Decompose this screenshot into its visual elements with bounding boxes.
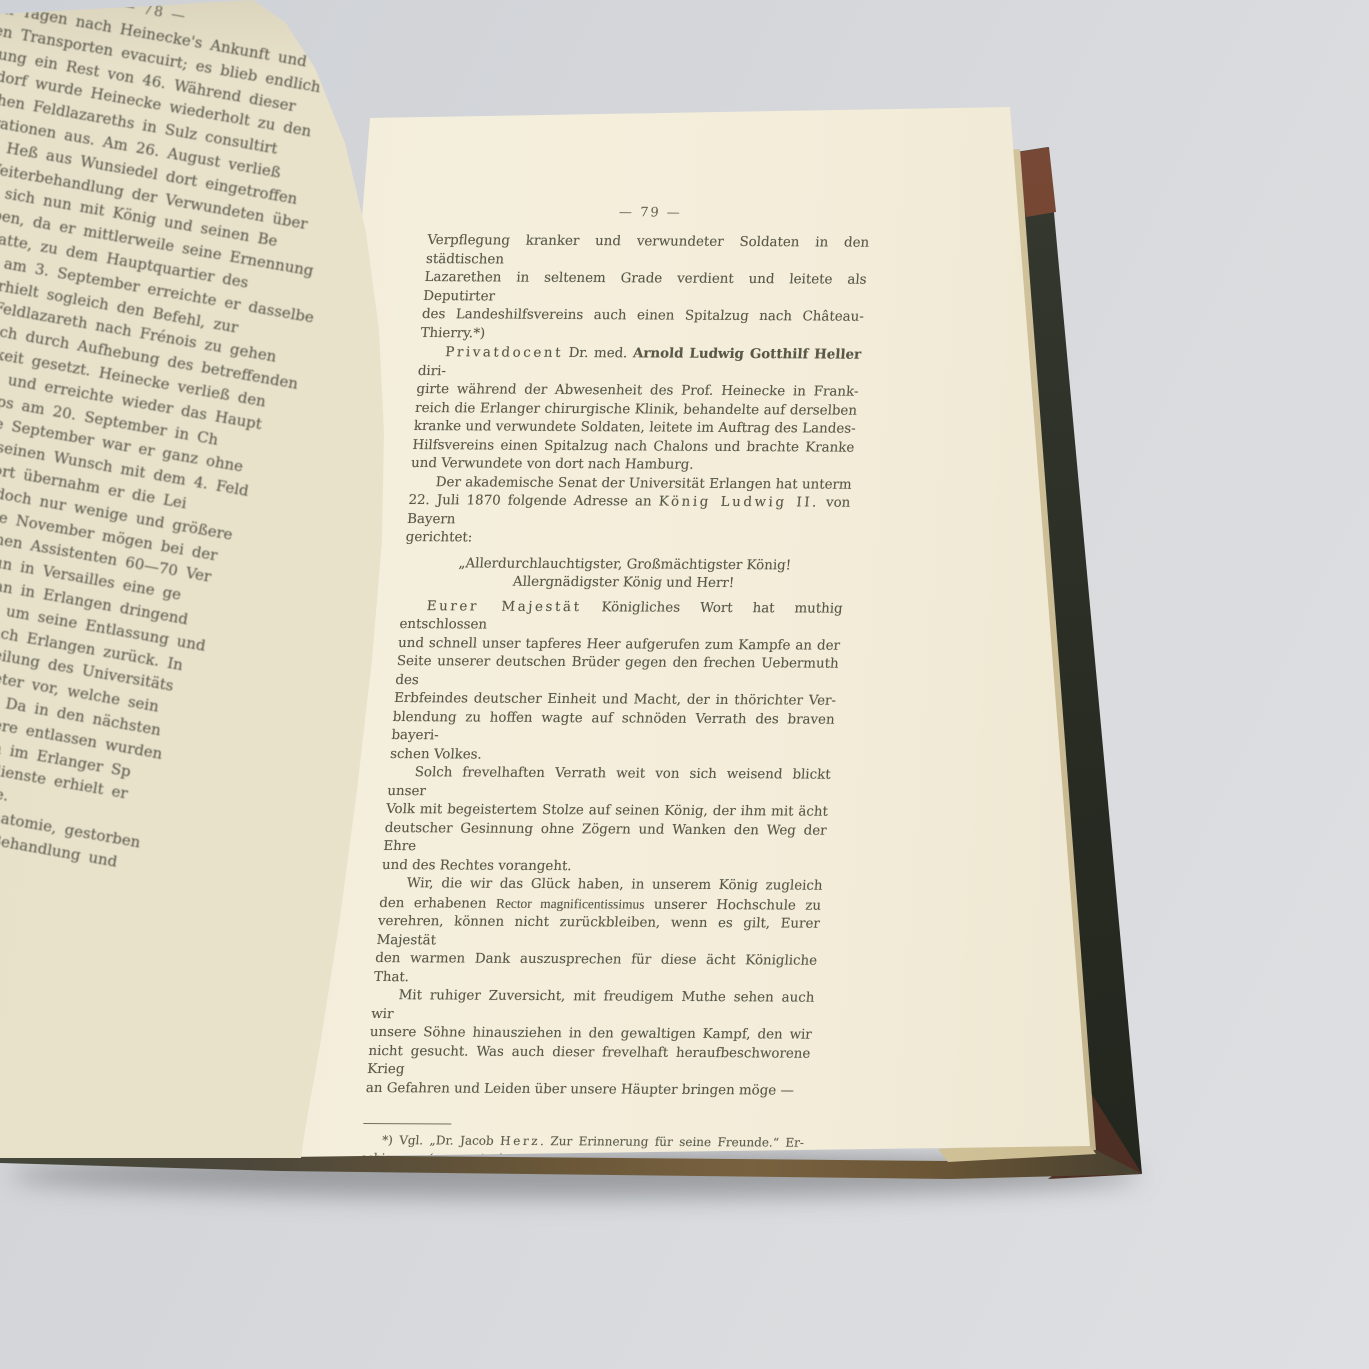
text-segment: und schnell unser tapferes Heer aufgeruf…	[398, 635, 841, 653]
text-segment: an Gefahren und Leiden über unsere Häupt…	[365, 1080, 794, 1098]
text-segment: König Ludwig II.	[658, 495, 819, 511]
text-segment: gerichtet:	[405, 530, 473, 545]
text-segment: . Zur Erinnerung für seine Freunde.“ Er-	[540, 1134, 805, 1150]
text-line: Volk mit begeistertem Stolze auf seinen …	[385, 801, 828, 822]
paragraph: Verpflegung kranker und verwundeter Sold…	[420, 232, 870, 346]
text-segment: Wir, die wir das Glück haben, in unserem…	[406, 876, 823, 894]
text-segment: 22. Juli 1870 folgende Adresse an	[408, 493, 659, 510]
text-segment: unserer Hochschule zu	[644, 897, 822, 913]
text-line: Erbfeindes deutscher Einheit und Macht, …	[393, 690, 836, 711]
text-line: gerichtet:	[405, 529, 848, 550]
text-segment: Verpflegung kranker und verwundeter Sold…	[425, 233, 869, 267]
footnote-rule	[363, 1123, 451, 1125]
text-segment: kranke und verwundete Soldaten, leitete …	[413, 419, 856, 437]
text-line: den warmen Dank auszusprechen für diese …	[373, 950, 817, 990]
text-line: Mit ruhiger Zuversicht, mit freudigem Mu…	[371, 987, 815, 1027]
text-segment: girte während der Abwesenheit des Prof. …	[416, 382, 859, 400]
text-segment: Eurer Majestät	[426, 599, 582, 615]
text-line: Privatdocent Dr. med. Arnold Ludwig Gott…	[417, 343, 862, 384]
text-segment: Thierry.*)	[420, 325, 486, 340]
text-segment: Mit ruhiger Zuversicht, mit freudigem Mu…	[371, 988, 815, 1021]
text-segment: Herz	[500, 1134, 541, 1148]
text-line: Seite unserer deutschen Brüder gegen den…	[395, 653, 839, 693]
text-segment: den warmen Dank auszusprechen für diese …	[373, 951, 817, 985]
paragraph: Wir, die wir das Glück haben, in unserem…	[373, 875, 823, 990]
text-line: Eurer Majestät Königliches Wort hat muth…	[399, 597, 843, 637]
text-segment: deutscher Gesinnung ohne Zögern und Wank…	[383, 820, 827, 854]
text-segment: Solch frevelhaften Verrath weit von sich…	[387, 765, 831, 799]
text-segment: unsere Söhne hinausziehen in den gewalti…	[369, 1025, 812, 1043]
text-line: des Landeshilfsvereins auch einen Spital…	[421, 306, 864, 327]
text-line: nicht gesucht. Was auch dieser frevelhaf…	[367, 1042, 811, 1082]
text-line: Allergnädigster König und Herr!	[402, 573, 845, 594]
text-line: deutscher Gesinnung ohne Zögern und Wank…	[383, 819, 827, 859]
book-photo-scene: — 79 — Verpflegung kranker und verwundet…	[0, 0, 1369, 1369]
text-segment: Der akademische Senat der Universität Er…	[435, 475, 852, 493]
text-segment: reich die Erlanger chirurgische Klinik, …	[415, 400, 858, 418]
text-line: Solch frevelhaften Verrath weit von sich…	[387, 764, 831, 804]
text-segment: den erhabenen	[379, 895, 497, 911]
text-segment: schen Volkes.	[390, 746, 483, 762]
text-line: 22. Juli 1870 folgende Adresse an König …	[406, 492, 850, 532]
text-line: girte während der Abwesenheit des Prof. …	[416, 381, 859, 402]
text-line: „Allerdurchlauchtigster, Großmächtigster…	[403, 554, 846, 575]
paragraph: Eurer Majestät Königliches Wort hat muth…	[389, 597, 843, 766]
address-heading: „Allerdurchlauchtigster, Großmächtigster…	[402, 554, 846, 594]
text-segment: diri-	[417, 363, 446, 378]
text-line: blendung zu hoffen wagte auf schnöden Ve…	[391, 708, 835, 748]
text-segment: Dr. med.	[563, 346, 634, 361]
text-line: kranke und verwundete Soldaten, leitete …	[413, 418, 856, 439]
right-page-number: — 79 —	[429, 204, 872, 222]
paragraph: Privatdocent Dr. med. Arnold Ludwig Gott…	[410, 343, 861, 476]
text-segment: verehren, können nicht zurückbleiben, we…	[376, 914, 820, 948]
text-segment: Lazarethen in seltenem Grade verdient un…	[423, 270, 867, 304]
text-line: an Gefahren und Leiden über unsere Häupt…	[365, 1079, 808, 1100]
right-page-body: Verpflegung kranker und verwundeter Sold…	[365, 232, 870, 1101]
paragraph: Solch frevelhaften Verrath weit von sich…	[381, 764, 831, 878]
text-segment: blendung zu hoffen wagte auf schnöden Ve…	[391, 709, 835, 743]
text-segment: nicht gesucht. Was auch dieser frevelhaf…	[367, 1043, 811, 1077]
text-segment: Volk mit begeistertem Stolze auf seinen …	[386, 802, 829, 820]
text-segment: Seite unserer deutschen Brüder gegen den…	[395, 654, 839, 688]
text-segment: Allergnädigster König und Herr!	[512, 575, 734, 591]
text-segment: des Landeshilfsvereins auch einen Spital…	[421, 307, 864, 325]
text-line: Wir, die wir das Glück haben, in unserem…	[380, 875, 823, 896]
text-line: unsere Söhne hinausziehen in den gewalti…	[369, 1024, 812, 1045]
paragraph: Mit ruhiger Zuversicht, mit freudigem Mu…	[365, 987, 815, 1101]
text-segment: *) Vgl. „Dr. Jacob	[382, 1133, 501, 1148]
text-segment: Erbfeindes deutscher Einheit und Macht, …	[394, 691, 837, 709]
paragraph: Der akademische Senat der Universität Er…	[405, 473, 852, 550]
text-segment: und des Rechtes vorangeht.	[382, 857, 573, 873]
text-segment: Hilfsvereins einen Spitalzug nach Chalon…	[412, 437, 855, 455]
text-segment: „Allerdurchlauchtigster, Großmächtigster…	[458, 556, 792, 573]
right-page-text-area: — 79 — Verpflegung kranker und verwundet…	[357, 204, 871, 1206]
text-line: den erhabenen Rector magnificentissimus …	[379, 893, 822, 915]
text-line: Lazarethen in seltenem Grade verdient un…	[423, 269, 867, 309]
text-line: Verpflegung kranker und verwundeter Sold…	[425, 232, 869, 272]
text-line: und Verwundete von dort nach Hamburg.	[410, 455, 853, 476]
text-segment: Privatdocent	[445, 345, 564, 361]
text-segment: Rector magnificentissimus	[496, 895, 645, 911]
text-segment: und Verwundete von dort nach Hamburg.	[411, 456, 695, 473]
text-line: verehren, können nicht zurückbleiben, we…	[376, 913, 820, 953]
emphasized-name-text: Arnold Ludwig Gotthilf Heller	[632, 345, 861, 362]
